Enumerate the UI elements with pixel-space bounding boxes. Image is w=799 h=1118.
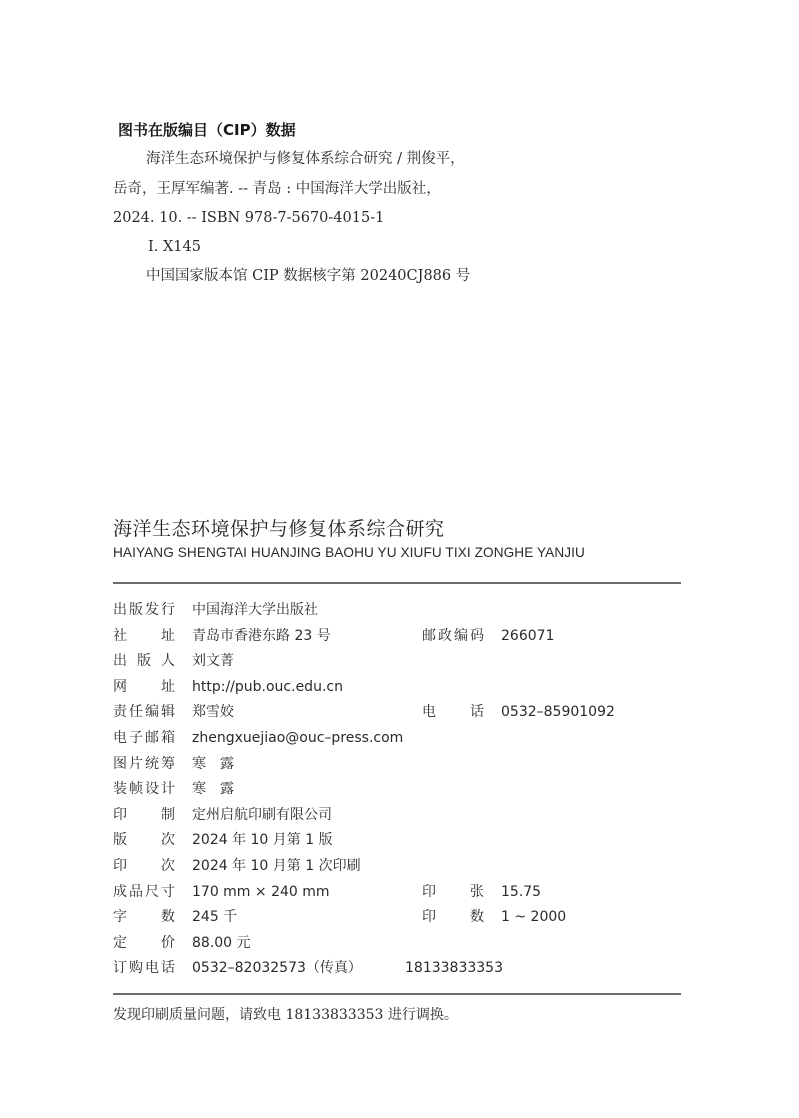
- info-value: 青岛市香港东路 23 号: [192, 626, 331, 646]
- info-value-secondary: 1 ~ 2000: [501, 907, 566, 927]
- book-title-pinyin: HAIYANG SHENGTAI HUANJING BAOHU YU XIUFU…: [113, 545, 585, 560]
- info-label: 装帧设计: [113, 779, 175, 799]
- cip-classification: Ⅰ. X145: [148, 237, 201, 257]
- info-label: 字数: [113, 907, 175, 927]
- info-value: 寒 露: [192, 754, 234, 774]
- info-row: 出版人刘文菁: [113, 651, 683, 671]
- info-row: 订购电话0532–82032573（传真）18133833353: [113, 958, 683, 978]
- info-label: 印次: [113, 856, 175, 876]
- info-label-secondary: 印数: [422, 907, 484, 927]
- info-label: 图片统筹: [113, 754, 175, 774]
- info-row: 出版发行中国海洋大学出版社: [113, 600, 683, 620]
- book-title: 海洋生态环境保护与修复体系综合研究: [113, 514, 445, 541]
- info-label: 出版发行: [113, 600, 175, 620]
- cip-record-number: 中国国家版本馆 CIP 数据核字第 20240CJ886 号: [146, 266, 470, 286]
- info-value-secondary: 0532–85901092: [501, 702, 615, 722]
- info-value: http://pub.ouc.edu.cn: [192, 677, 343, 697]
- info-row: 网址http://pub.ouc.edu.cn: [113, 677, 683, 697]
- info-value: 定州启航印刷有限公司: [192, 805, 332, 825]
- print-quality-notice: 发现印刷质量问题，请致电 18133833353 进行调换。: [113, 1004, 458, 1024]
- info-label-secondary: 邮政编码: [422, 626, 484, 646]
- info-row: 字数245 千印数1 ~ 2000: [113, 907, 683, 927]
- info-label: 成品尺寸: [113, 882, 175, 902]
- info-label: 社址: [113, 626, 175, 646]
- info-label: 出版人: [113, 651, 175, 671]
- info-label: 版次: [113, 830, 175, 850]
- info-value: 郑雪姣: [192, 702, 234, 722]
- info-value-secondary: 266071: [501, 626, 554, 646]
- info-value: 0532–82032573（传真）: [192, 958, 362, 978]
- divider-bottom: [113, 993, 681, 995]
- info-value: 中国海洋大学出版社: [192, 600, 318, 620]
- divider-top: [113, 582, 681, 584]
- info-row: 装帧设计寒 露: [113, 779, 683, 799]
- info-row: 版次2024 年 10 月第 1 版: [113, 830, 683, 850]
- cip-line-2: 岳奇，王厚军编著. -- 青岛 : 中国海洋大学出版社，: [113, 179, 441, 199]
- info-label: 订购电话: [113, 958, 175, 978]
- info-value: 刘文菁: [192, 651, 234, 671]
- info-label-secondary: 电话: [422, 702, 484, 722]
- info-row: 印制定州启航印刷有限公司: [113, 805, 683, 825]
- cip-title: 图书在版编目（CIP）数据: [118, 120, 296, 140]
- info-value: 寒 露: [192, 779, 234, 799]
- info-value: 2024 年 10 月第 1 版: [192, 830, 333, 850]
- info-row: 社址青岛市香港东路 23 号邮政编码266071: [113, 626, 683, 646]
- info-label-secondary: 印张: [422, 882, 484, 902]
- info-row: 定价88.00 元: [113, 933, 683, 953]
- info-row: 责任编辑郑雪姣电话0532–85901092: [113, 702, 683, 722]
- info-label: 定价: [113, 933, 175, 953]
- info-label: 责任编辑: [113, 702, 175, 722]
- info-row: 电子邮箱zhengxuejiao@ouc–press.com: [113, 728, 683, 748]
- info-value: 88.00 元: [192, 933, 251, 953]
- info-label: 网址: [113, 677, 175, 697]
- info-value: 2024 年 10 月第 1 次印刷: [192, 856, 361, 876]
- info-row: 图片统筹寒 露: [113, 754, 683, 774]
- cip-line-1: 海洋生态环境保护与修复体系综合研究 / 荆俊平，: [146, 149, 465, 169]
- info-row: 印次2024 年 10 月第 1 次印刷: [113, 856, 683, 876]
- info-row: 成品尺寸170 mm × 240 mm印张15.75: [113, 882, 683, 902]
- info-value: 170 mm × 240 mm: [192, 882, 330, 902]
- info-value: zhengxuejiao@ouc–press.com: [192, 728, 403, 748]
- cip-line-3: 2024. 10. -- ISBN 978-7-5670-4015-1: [113, 208, 384, 228]
- info-value-extra: 18133833353: [405, 958, 503, 978]
- info-value: 245 千: [192, 907, 237, 927]
- info-label: 印制: [113, 805, 175, 825]
- info-value-secondary: 15.75: [501, 882, 541, 902]
- info-label: 电子邮箱: [113, 728, 175, 748]
